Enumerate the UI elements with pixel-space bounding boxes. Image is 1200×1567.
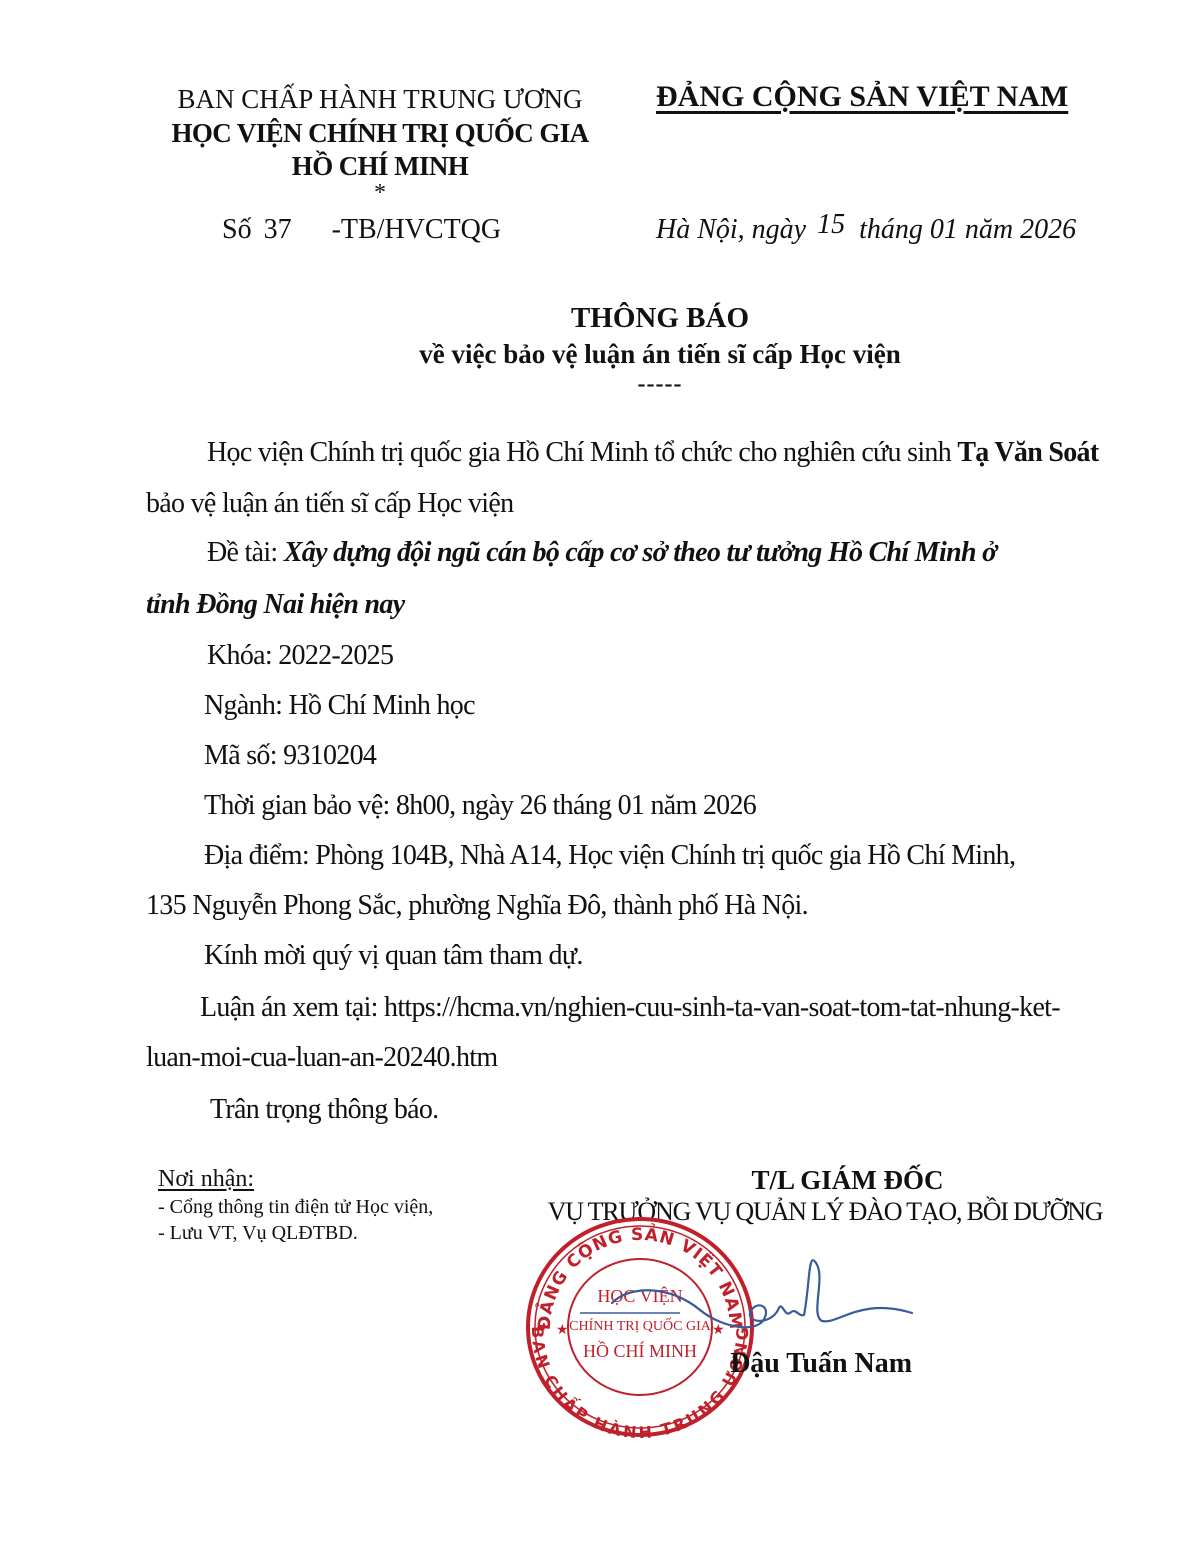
signature-on-behalf: T/L GIÁM ĐỐC [565, 1164, 1130, 1196]
document-title: THÔNG BÁO về việc bảo vệ luận án tiến sĩ… [0, 300, 1200, 396]
title-separator: ----- [120, 372, 1200, 396]
recipient-item: - Lưu VT, Vụ QLĐTBD. [158, 1220, 433, 1246]
org-line-academy: HỌC VIỆN CHÍNH TRỊ QUỐC GIA [150, 116, 610, 150]
intro-line-2: bảo vệ luận án tiến sĩ cấp Học viện [146, 488, 513, 520]
org-line-hcm: HỒ CHÍ MINH [150, 150, 610, 182]
thesis-link-line-1[interactable]: Luận án xem tại: https://hcma.vn/nghien-… [200, 992, 1060, 1024]
major: Ngành: Hồ Chí Minh học [204, 690, 475, 722]
intro-text: Học viện Chính trị quốc gia Hồ Chí Minh … [207, 437, 957, 468]
title-subtitle: về việc bảo vệ luận án tiến sĩ cấp Học v… [120, 336, 1200, 372]
topic-label: Đề tài: [207, 537, 284, 568]
invitation: Kính mời quý vị quan tâm tham dự. [204, 940, 583, 972]
org-star: * [150, 182, 610, 204]
doc-number-suffix: -TB/HVCTQG [332, 214, 502, 245]
candidate-name: Tạ Văn Soát [957, 437, 1098, 468]
recipients-heading: Nơi nhận: [158, 1164, 433, 1194]
course: Khóa: 2022-2025 [207, 640, 393, 672]
topic-title: Xây dựng đội ngũ cán bộ cấp cơ sở theo t… [284, 537, 997, 568]
location-line-2: 135 Nguyễn Phong Sắc, phường Nghĩa Đô, t… [146, 890, 808, 922]
org-line-central-committee: BAN CHẤP HÀNH TRUNG ƯƠNG [150, 82, 610, 116]
date-prefix: Hà Nội, ngày [656, 214, 806, 245]
signer-name-text: Đậu Tuấn Nam [730, 1348, 912, 1380]
topic-line-1: Đề tài: Xây dựng đội ngũ cán bộ cấp cơ s… [207, 537, 996, 569]
defense-time: Thời gian bảo vệ: 8h00, ngày 26 tháng 01… [204, 790, 756, 822]
handwritten-signature-icon [560, 1255, 920, 1345]
document-number: Số37-TB/HVCTQG [222, 214, 501, 246]
closing: Trân trọng thông báo. [210, 1094, 438, 1126]
recipient-item: - Cổng thông tin điện tử Học viện, [158, 1194, 433, 1220]
doc-number-prefix: Số [222, 214, 252, 245]
title-main: THÔNG BÁO [120, 300, 1200, 336]
major-code: Mã số: 9310204 [204, 740, 376, 772]
location-line-1: Địa điểm: Phòng 104B, Nhà A14, Học viện … [204, 840, 1015, 872]
date-day: 15 [817, 209, 845, 240]
issuing-organization: BAN CHẤP HÀNH TRUNG ƯƠNG HỌC VIỆN CHÍNH … [150, 82, 610, 204]
intro-line-1: Học viện Chính trị quốc gia Hồ Chí Minh … [207, 437, 1098, 469]
doc-number-value: 37 [264, 214, 332, 246]
date-rest: tháng 01 năm 2026 [859, 214, 1076, 245]
thesis-link-line-2[interactable]: luan-moi-cua-luan-an-20240.htm [146, 1042, 497, 1074]
recipients-block: Nơi nhận: - Cổng thông tin điện tử Học v… [158, 1164, 433, 1246]
topic-line-2: tỉnh Đồng Nai hiện nay [146, 589, 404, 621]
party-name: ĐẢNG CỘNG SẢN VIỆT NAM [656, 80, 1068, 114]
document-date: Hà Nội, ngày 15tháng 01 năm 2026 [656, 214, 1076, 246]
